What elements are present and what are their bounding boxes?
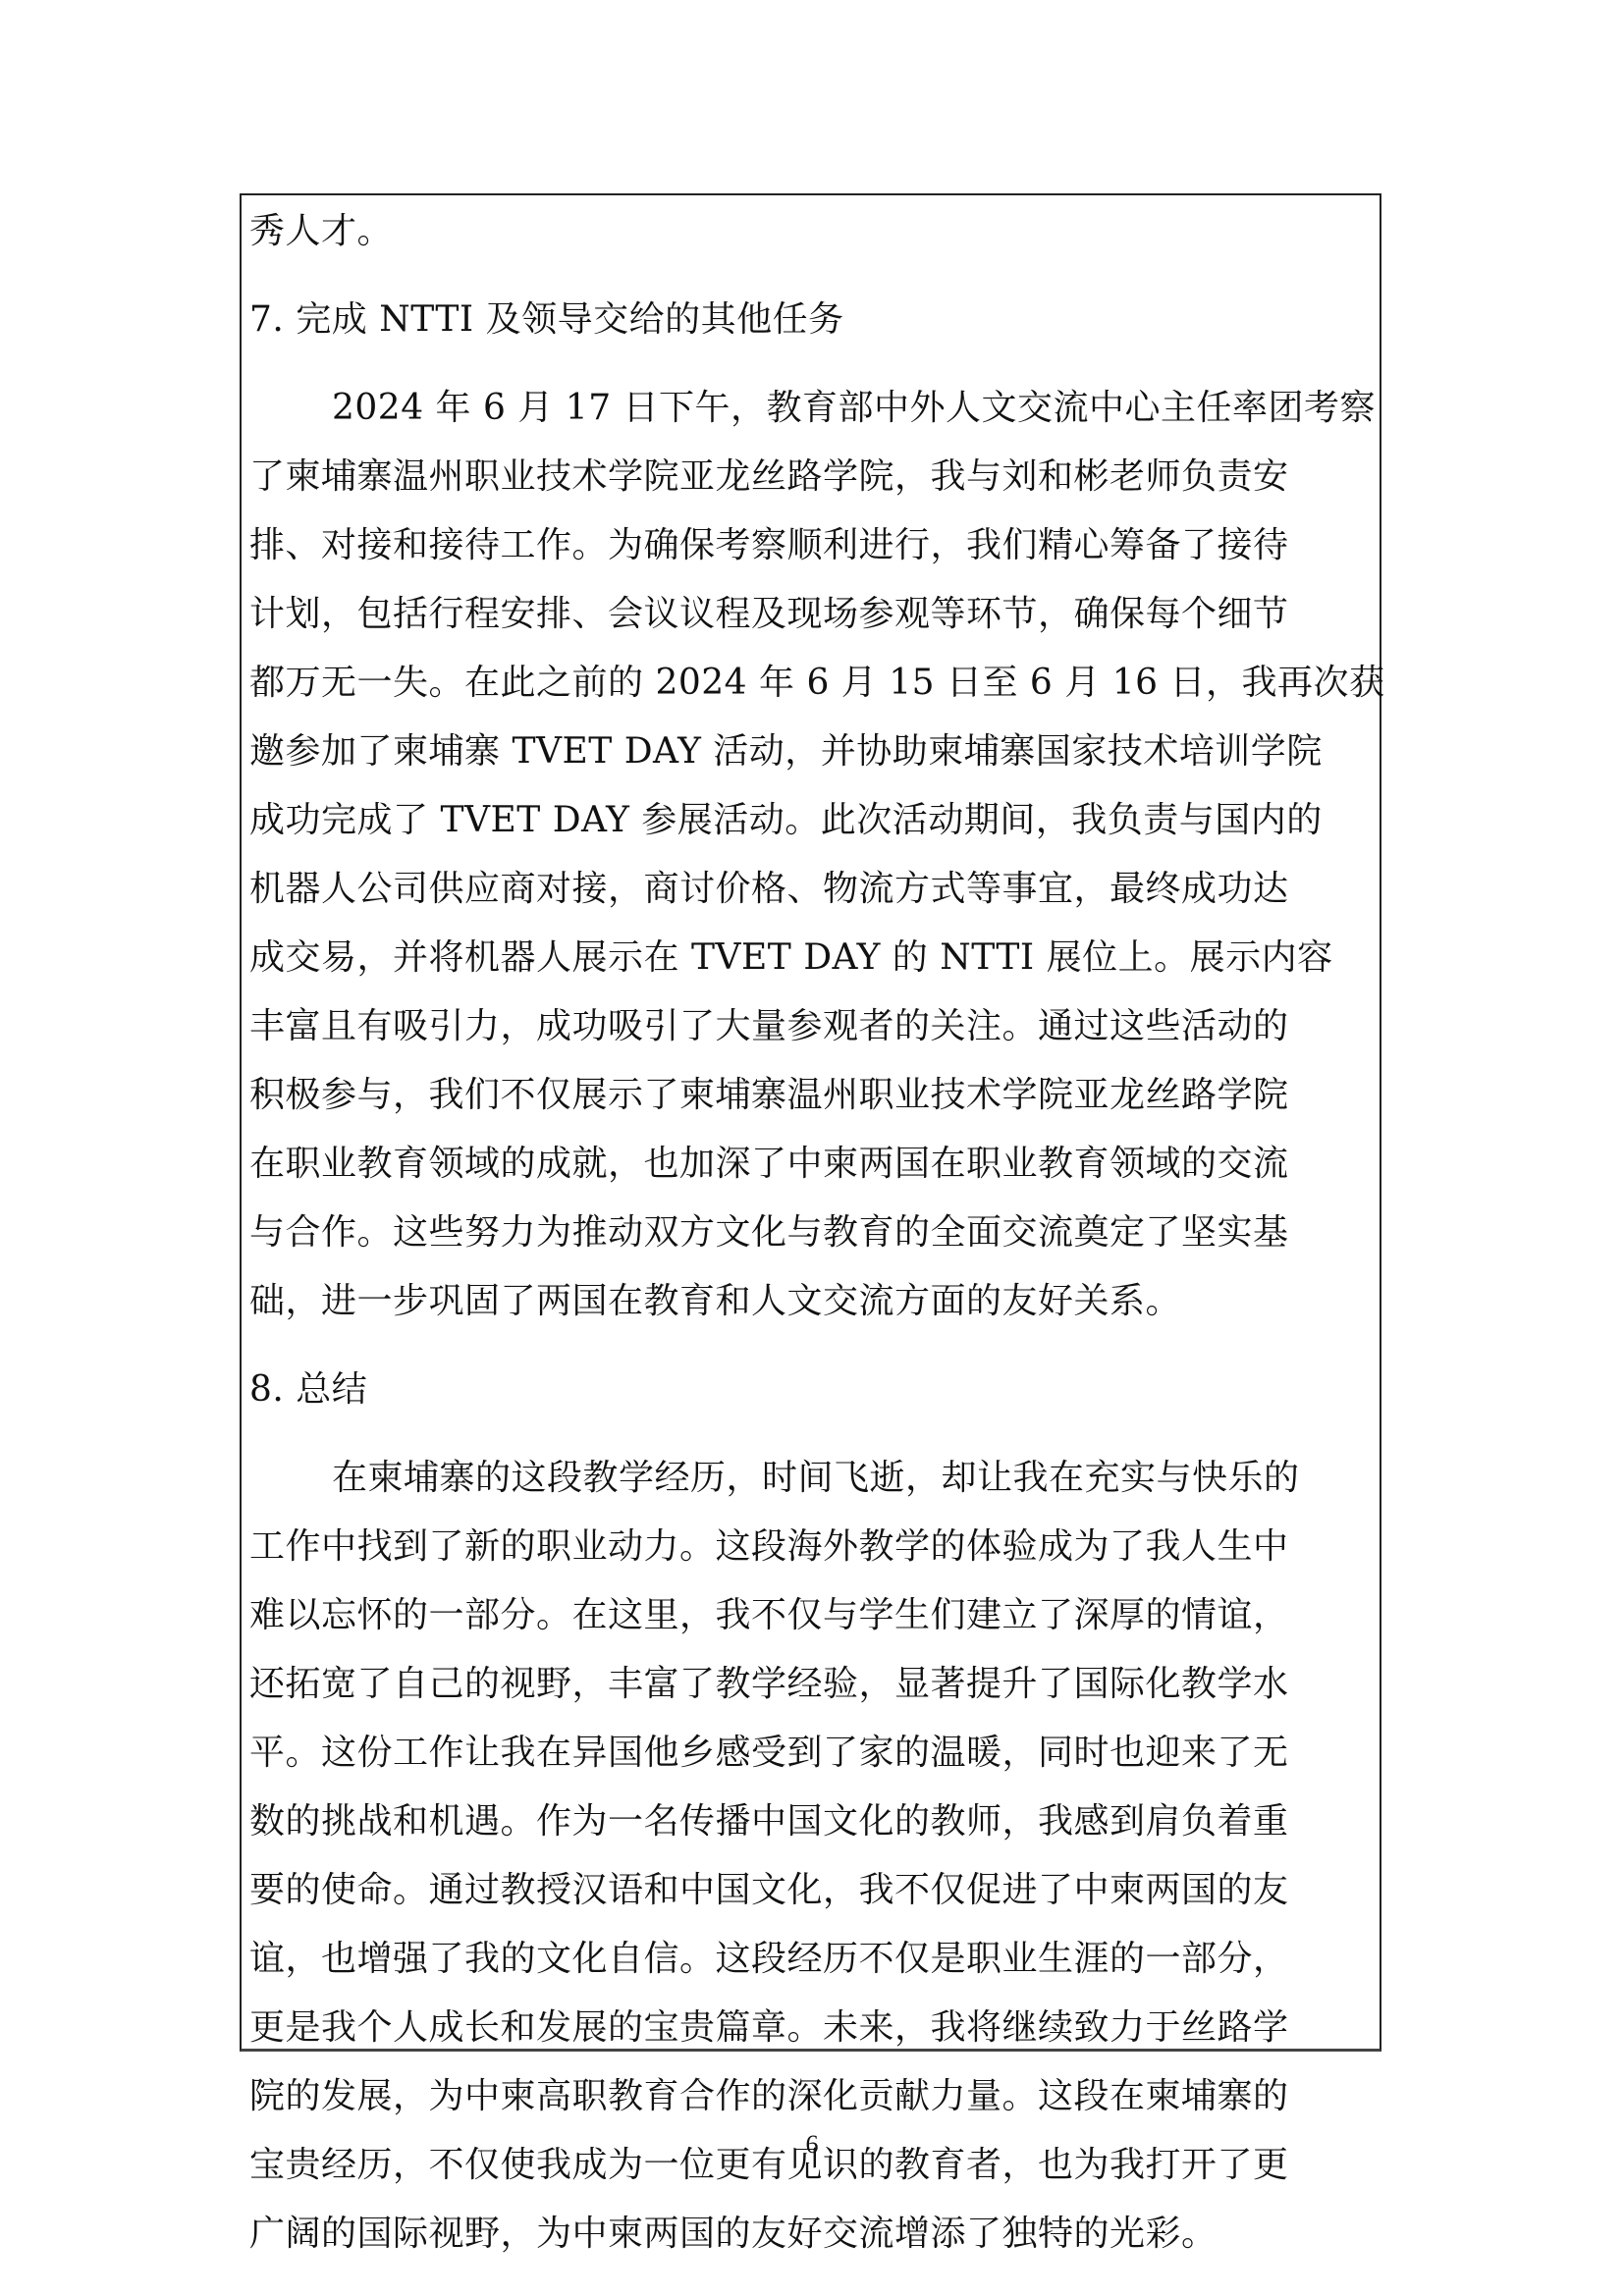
content-frame: 秀人才。7. 完成 NTTI 及领导交给的其他任务2024 年 6 月 17 日…: [240, 193, 1381, 2052]
paragraph-line: 计划，包括行程安排、会议议程及现场参观等环节，确保每个细节: [249, 592, 1289, 637]
paragraph-line: 排、对接和接待工作。为确保考察顺利进行，我们精心筹备了接待: [249, 523, 1289, 568]
paragraph-line: 成交易，并将机器人展示在 TVET DAY 的 NTTI 展位上。展示内容: [249, 935, 1333, 981]
paragraph-line: 2024 年 6 月 17 日下午，教育部中外人文交流中心主任率团考察: [332, 386, 1376, 431]
paragraph-line: 平。这份工作让我在异国他乡感受到了家的温暖，同时也迎来了无: [249, 1731, 1289, 1776]
section-heading: 8. 总结: [249, 1367, 367, 1413]
paragraph-line: 谊，也增强了我的文化自信。这段经历不仅是职业生涯的一部分，: [249, 1937, 1289, 1982]
paragraph-line: 都万无一失。在此之前的 2024 年 6 月 15 日至 6 月 16 日，我再…: [249, 661, 1384, 706]
paragraph-line: 与合作。这些努力为推动双方文化与教育的全面交流奠定了坚实基: [249, 1210, 1289, 1255]
paragraph-line: 了柬埔寨温州职业技术学院亚龙丝路学院，我与刘和彬老师负责安: [249, 454, 1289, 500]
paragraph-line: 在职业教育领域的成就，也加深了中柬两国在职业教育领域的交流: [249, 1142, 1289, 1187]
paragraph-line: 秀人才。: [249, 209, 393, 254]
paragraph-line: 成功完成了 TVET DAY 参展活动。此次活动期间，我负责与国内的: [249, 798, 1323, 843]
paragraph-line: 工作中找到了新的职业动力。这段海外教学的体验成为了我人生中: [249, 1524, 1289, 1570]
paragraph-line: 数的挑战和机遇。作为一名传播中国文化的教师，我感到肩负着重: [249, 1799, 1289, 1844]
paragraph-line: 础，进一步巩固了两国在教育和人文交流方面的友好关系。: [249, 1279, 1181, 1324]
paragraph-line: 丰富且有吸引力，成功吸引了大量参观者的关注。通过这些活动的: [249, 1004, 1289, 1049]
paragraph-line: 更是我个人成长和发展的宝贵篇章。未来，我将继续致力于丝路学: [249, 2005, 1289, 2051]
page-number: 6: [0, 2130, 1624, 2160]
paragraph-line: 广阔的国际视野，为中柬两国的友好交流增添了独特的光彩。: [249, 2212, 1218, 2257]
paragraph-line: 邀参加了柬埔寨 TVET DAY 活动，并协助柬埔寨国家技术培训学院: [249, 729, 1323, 774]
paragraph-line: 院的发展，为中柬高职教育合作的深化贡献力量。这段在柬埔寨的: [249, 2074, 1289, 2119]
paragraph-line: 还拓宽了自己的视野，丰富了教学经验，显著提升了国际化教学水: [249, 1662, 1289, 1707]
section-heading: 7. 完成 NTTI 及领导交给的其他任务: [249, 297, 844, 343]
paragraph-line: 在柬埔寨的这段教学经历，时间飞逝，却让我在充实与快乐的: [332, 1456, 1300, 1501]
paragraph-line: 积极参与，我们不仅展示了柬埔寨温州职业技术学院亚龙丝路学院: [249, 1073, 1289, 1118]
paragraph-line: 机器人公司供应商对接，商讨价格、物流方式等事宜，最终成功达: [249, 867, 1289, 912]
paragraph-line: 难以忘怀的一部分。在这里，我不仅与学生们建立了深厚的情谊，: [249, 1593, 1289, 1638]
paragraph-line: 要的使命。通过教授汉语和中国文化，我不仅促进了中柬两国的友: [249, 1868, 1289, 1913]
